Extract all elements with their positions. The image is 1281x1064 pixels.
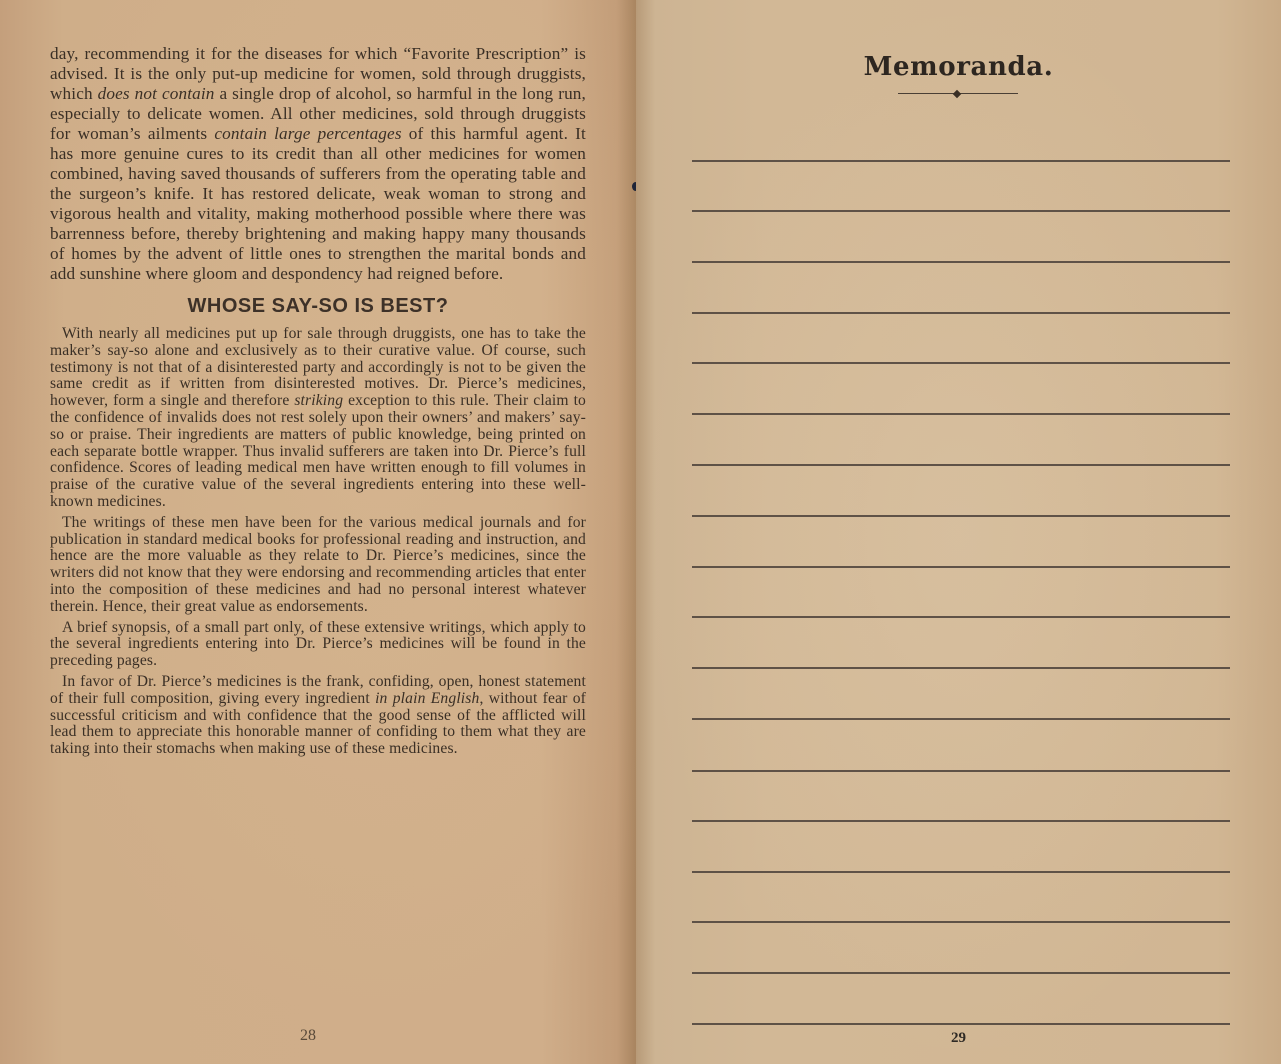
ruled-line <box>692 718 1230 720</box>
italic-emphasis: striking <box>294 392 343 409</box>
paragraph-say-so: With nearly all medicines put up for sal… <box>50 326 586 511</box>
ruled-line <box>692 667 1230 669</box>
ruled-line <box>692 413 1230 415</box>
ruled-line <box>692 464 1230 466</box>
paragraph-intro: day, recommending it for the diseases fo… <box>50 44 586 284</box>
ruled-line <box>692 1023 1230 1025</box>
paragraph-synopsis: A brief synopsis, of a small part only, … <box>50 620 586 670</box>
left-page-text: day, recommending it for the diseases fo… <box>50 44 586 758</box>
ruled-line <box>692 515 1230 517</box>
title-ornament-diamond-icon <box>953 90 961 98</box>
ruled-line <box>692 921 1230 923</box>
ruled-line <box>692 871 1230 873</box>
ruled-line <box>692 160 1230 162</box>
italic-emphasis: does not contain <box>98 84 215 103</box>
ruled-line <box>692 362 1230 364</box>
paragraph-in-favor: In favor of Dr. Pierce’s medicines is th… <box>50 674 586 758</box>
page-number-left: 28 <box>300 1027 316 1045</box>
ruled-line <box>692 820 1230 822</box>
section-heading: WHOSE SAY-SO IS BEST? <box>50 296 586 316</box>
memoranda-title: Memoranda. <box>636 52 1281 82</box>
ruled-line <box>692 566 1230 568</box>
ruled-line <box>692 261 1230 263</box>
italic-emphasis: contain large percentages <box>214 124 401 143</box>
right-page: Memoranda. 29 <box>636 0 1281 1064</box>
italic-emphasis: in plain English <box>375 690 479 707</box>
book-spread: day, recommending it for the diseases fo… <box>0 0 1281 1064</box>
ruled-line <box>692 972 1230 974</box>
ruled-line <box>692 616 1230 618</box>
ruled-line <box>692 210 1230 212</box>
paragraph-writings: The writings of these men have been for … <box>50 515 586 616</box>
page-number-right: 29 <box>951 1030 966 1047</box>
left-page: day, recommending it for the diseases fo… <box>0 0 636 1064</box>
ruled-line <box>692 770 1230 772</box>
ruled-line <box>692 312 1230 314</box>
